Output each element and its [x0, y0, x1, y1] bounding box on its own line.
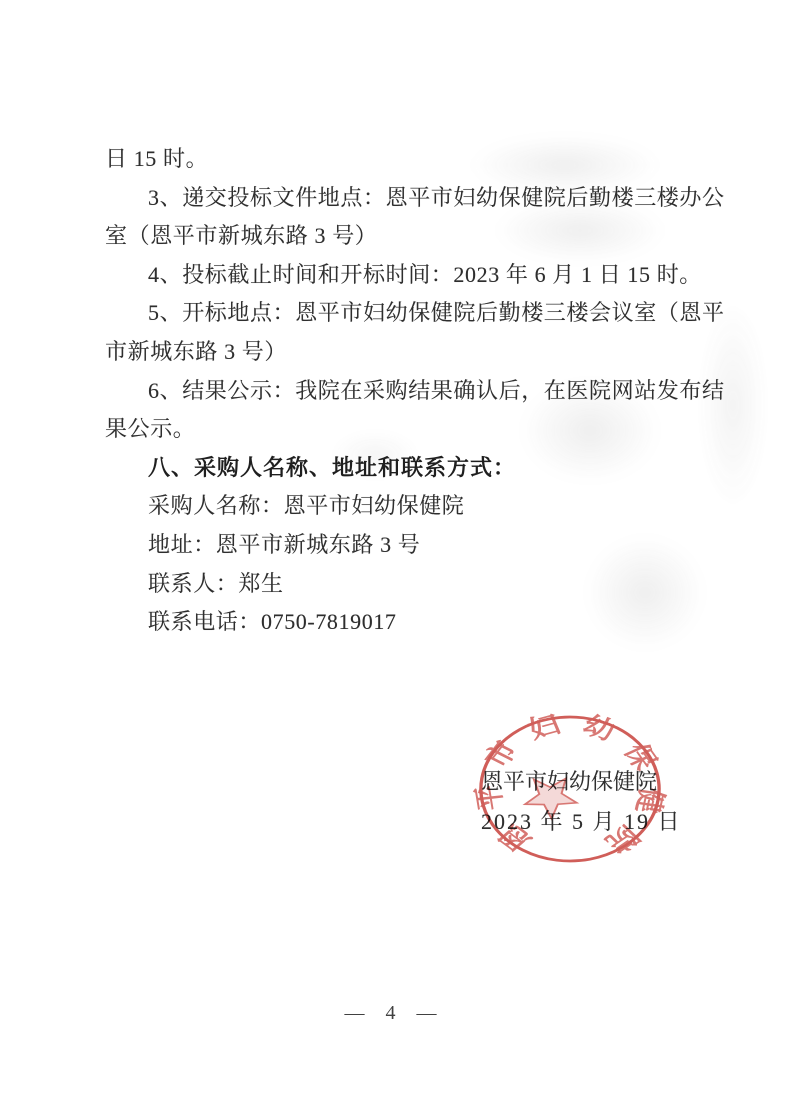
text-line: 5、开标地点：恩平市妇幼保健院后勤楼三楼会议室（恩平 — [105, 294, 705, 333]
official-stamp: 恩平市妇幼保健院 — [471, 709, 669, 869]
text-line: 日 15 时。 — [105, 140, 705, 179]
stamp-arc-text: 恩平市妇幼保健院 — [471, 709, 669, 869]
text-line: 6、结果公示：我院在采购结果确认后，在医院网站发布结 — [105, 372, 705, 411]
body-text: 日 15 时。 3、递交投标文件地点：恩平市妇幼保健院后勤楼三楼办公 室（恩平市… — [105, 140, 705, 642]
purchaser-name-line: 采购人名称：恩平市妇幼保健院 — [105, 487, 705, 526]
text-line: 室（恩平市新城东路 3 号） — [105, 217, 705, 256]
contact-phone-line: 联系电话：0750-7819017 — [105, 603, 705, 642]
document-page: 日 15 时。 3、递交投标文件地点：恩平市妇幼保健院后勤楼三楼办公 室（恩平市… — [0, 0, 792, 1120]
page-number: — 4 — — [0, 1002, 787, 1025]
text-line: 4、投标截止时间和开标时间：2023 年 6 月 1 日 15 时。 — [105, 256, 705, 295]
stamp-star-icon — [513, 767, 584, 824]
text-line: 果公示。 — [105, 410, 705, 449]
text-line: 3、递交投标文件地点：恩平市妇幼保健院后勤楼三楼办公 — [105, 179, 705, 218]
contact-person-line: 联系人：郑生 — [105, 565, 705, 604]
text-line: 市新城东路 3 号） — [105, 333, 705, 372]
section-heading: 八、采购人名称、地址和联系方式： — [105, 449, 705, 488]
address-line: 地址：恩平市新城东路 3 号 — [105, 526, 705, 565]
stamp-arc-textpath: 恩平市妇幼保健院 — [471, 709, 669, 869]
